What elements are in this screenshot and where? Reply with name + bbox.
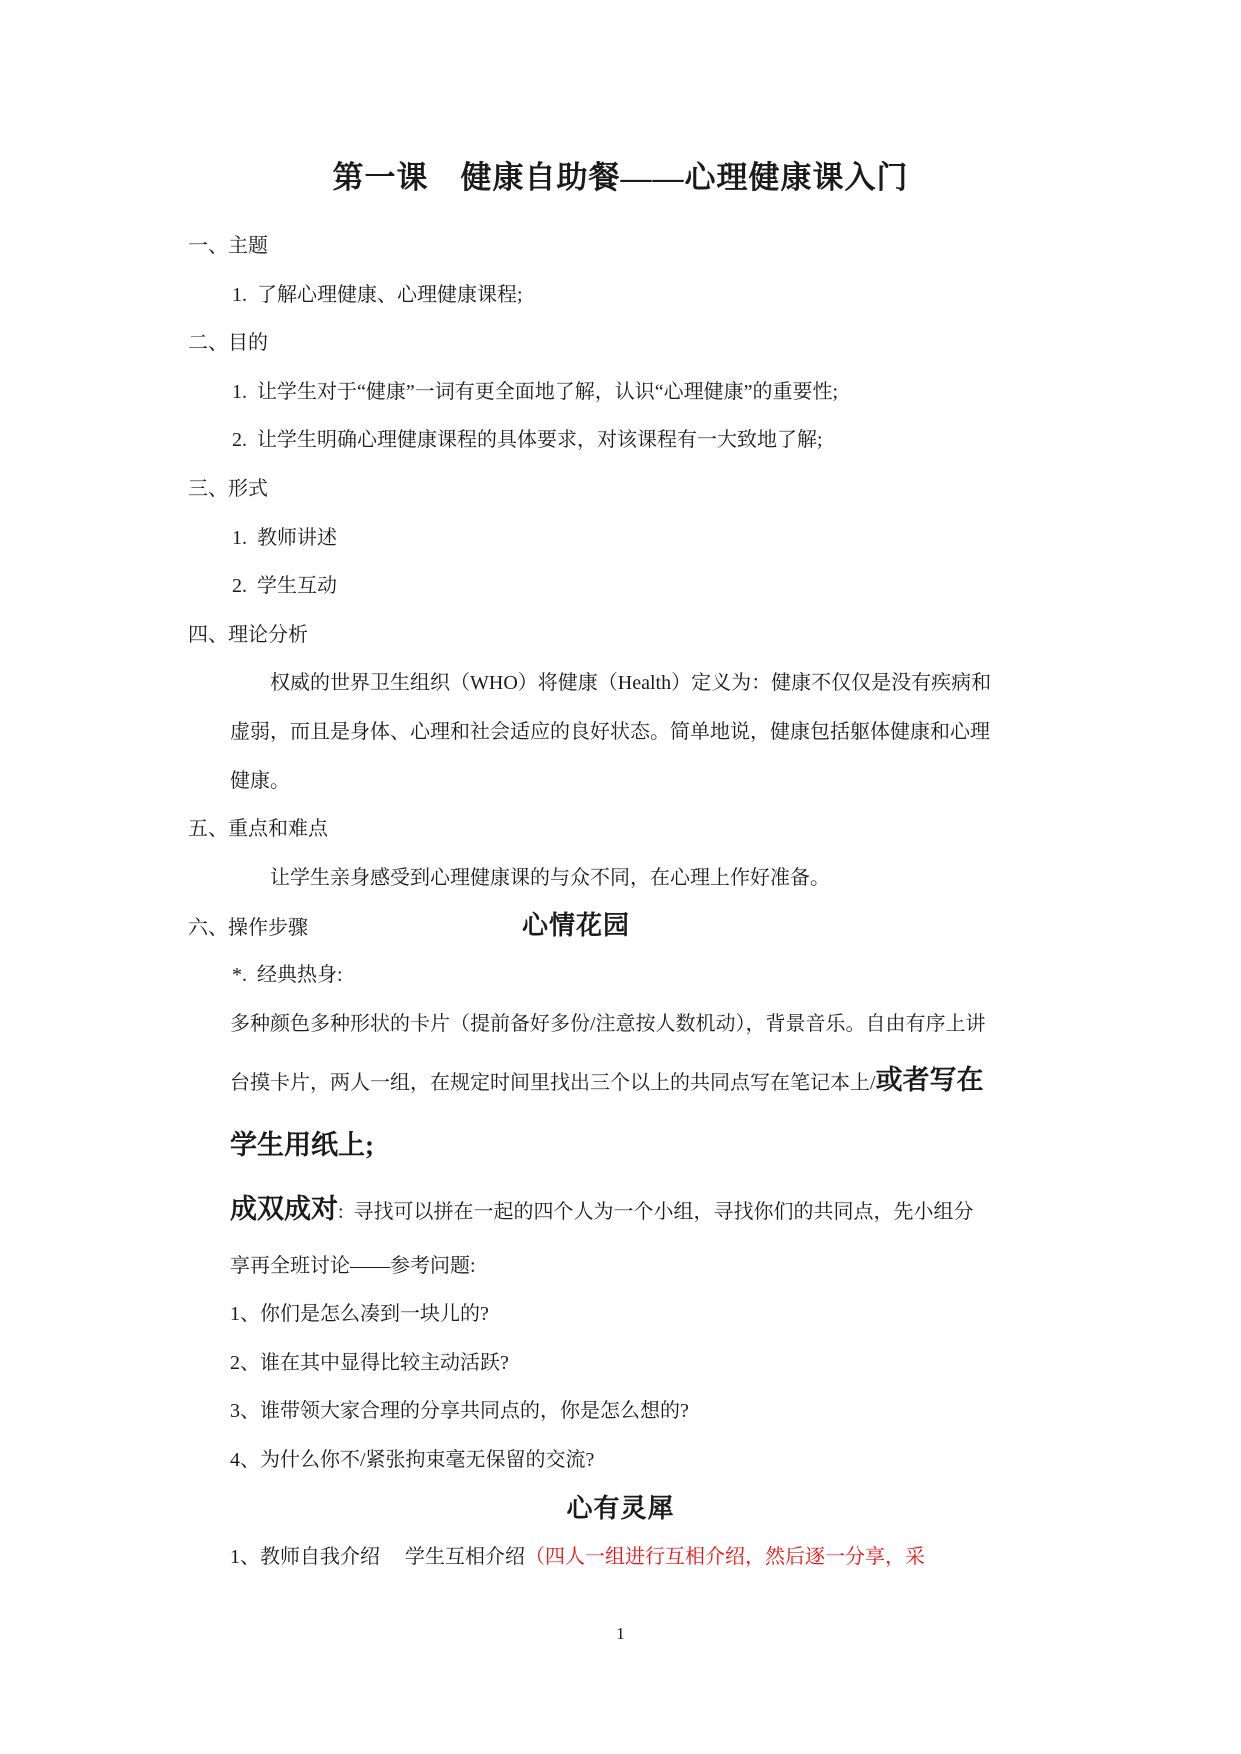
text-segment: : (338, 1201, 354, 1223)
text-segment: 四、理论分析 (188, 624, 308, 646)
text-segment: 1. 让学生对于“健康”一词有更全面地了解，认识“心理健康”的重要性; (232, 381, 838, 403)
text-segment: 1、教师自我介绍 学生互相介绍 (230, 1546, 525, 1568)
text-segment: 权威的世界卫生组织（WHO）将健康（Health）定义为：健康不仅仅是没有疾病和 (270, 672, 991, 694)
text-segment: 心情花园 (522, 911, 630, 940)
text-segment: （四人一组进行互相介绍，然后逐一分享，采 (525, 1546, 925, 1568)
page-number: 1 (0, 1624, 1241, 1644)
question-1: 1、你们是怎么凑到一块儿的? (0, 1290, 1241, 1339)
text-segment: *. 经典热身: (232, 964, 343, 986)
text-segment: 虚弱，而且是身体、心理和社会适应的良好状态。简单地说，健康包括躯体健康和心理 (230, 721, 990, 743)
question-2: 2、谁在其中显得比较主动活跃? (0, 1339, 1241, 1388)
item-warmup-label: *. 经典热身: (0, 951, 1241, 1000)
document-lines: 一、主题1. 了解心理健康、心理健康课程;二、目的1. 让学生对于“健康”一词有… (0, 222, 1241, 1582)
item-format-2: 2. 学生互动 (0, 562, 1241, 611)
text-segment: 寻找可以拼在一起的四个人为一个小组，寻找你们的共同点，先小组分 (354, 1201, 974, 1223)
text-segment: 4、为什么你不/紧张拘束毫无保留的交流? (230, 1449, 594, 1471)
text-segment: 六、操作步骤 (188, 917, 308, 939)
text-segment: 2. 学生互动 (232, 575, 337, 597)
paragraph-theory-line-2: 虚弱，而且是身体、心理和社会适应的良好状态。简单地说，健康包括躯体健康和心理 (0, 708, 1241, 757)
paragraph-warmup-line-2: 台摸卡片，两人一组，在规定时间里找出三个以上的共同点写在笔记本上/或者写在 (0, 1048, 1241, 1113)
text-segment: 五、重点和难点 (188, 818, 328, 840)
heading-heart-link: 心有灵犀 (0, 1485, 1241, 1534)
paragraph-key-points: 让学生亲身感受到心理健康课的与众不同，在心理上作好准备。 (0, 854, 1241, 903)
paragraph-warmup-line-1: 多种颜色多种形状的卡片（提前备好多份/注意按人数机动），背景音乐。自由有序上讲 (0, 1000, 1241, 1049)
paragraph-intro-line-1: 1、教师自我介绍 学生互相介绍（四人一组进行互相介绍，然后逐一分享，采 (0, 1533, 1241, 1582)
text-segment: 多种颜色多种形状的卡片（提前备好多份/注意按人数机动），背景音乐。自由有序上讲 (230, 1013, 986, 1035)
text-segment: 1. 教师讲述 (232, 527, 337, 549)
document-page: 第一课 健康自助餐——心理健康课入门 一、主题1. 了解心理健康、心理健康课程;… (0, 0, 1241, 1754)
paragraph-pairs-line-2: 享再全班讨论——参考问题: (0, 1242, 1241, 1291)
text-segment: 心有灵犀 (566, 1494, 674, 1523)
paragraph-pairs-line-1: 成双成对: 寻找可以拼在一起的四个人为一个小组，寻找你们的共同点，先小组分 (0, 1177, 1241, 1242)
item-purpose-2: 2. 让学生明确心理健康课程的具体要求，对该课程有一大致地了解; (0, 416, 1241, 465)
section-1-theme: 一、主题 (0, 222, 1241, 271)
text-segment: 健康。 (230, 770, 290, 792)
text-segment: 台摸卡片，两人一组，在规定时间里找出三个以上的共同点写在笔记本上/ (230, 1072, 876, 1094)
paragraph-warmup-line-3: 学生用纸上; (0, 1113, 1241, 1178)
question-3: 3、谁带领大家合理的分享共同点的，你是怎么想的? (0, 1387, 1241, 1436)
text-segment: 1. 了解心理健康、心理健康课程; (232, 284, 523, 306)
text-segment: 2. 让学生明确心理健康课程的具体要求，对该课程有一大致地了解; (232, 429, 823, 451)
section-2-purpose: 二、目的 (0, 319, 1241, 368)
text-segment: 二、目的 (188, 332, 268, 354)
text-segment: 3、谁带领大家合理的分享共同点的，你是怎么想的? (230, 1400, 689, 1422)
text-segment: 2、谁在其中显得比较主动活跃? (230, 1352, 509, 1374)
question-4: 4、为什么你不/紧张拘束毫无保留的交流? (0, 1436, 1241, 1485)
item-purpose-1: 1. 让学生对于“健康”一词有更全面地了解，认识“心理健康”的重要性; (0, 368, 1241, 417)
text-segment: 三、形式 (188, 478, 268, 500)
text-segment: 让学生亲身感受到心理健康课的与众不同，在心理上作好准备。 (270, 867, 830, 889)
item-format-1: 1. 教师讲述 (0, 514, 1241, 563)
section-4-theory: 四、理论分析 (0, 611, 1241, 660)
paragraph-theory-line-1: 权威的世界卫生组织（WHO）将健康（Health）定义为：健康不仅仅是没有疾病和 (0, 659, 1241, 708)
text-segment: 成双成对 (230, 1194, 338, 1224)
text-segment: 1、你们是怎么凑到一块儿的? (230, 1303, 489, 1325)
text-segment: 学生用纸上; (230, 1130, 374, 1160)
section-3-format: 三、形式 (0, 465, 1241, 514)
text-segment: 或者写在 (876, 1065, 984, 1095)
text-segment: 一、主题 (188, 235, 268, 257)
text-segment: 享再全班讨论——参考问题: (230, 1255, 476, 1277)
paragraph-theory-line-3: 健康。 (0, 757, 1241, 806)
section-6-steps: 六、操作步骤心情花园 (0, 902, 1241, 951)
document-title: 第一课 健康自助餐——心理健康课入门 (0, 152, 1241, 197)
item-theme-1: 1. 了解心理健康、心理健康课程; (0, 271, 1241, 320)
section-5-key-points: 五、重点和难点 (0, 805, 1241, 854)
